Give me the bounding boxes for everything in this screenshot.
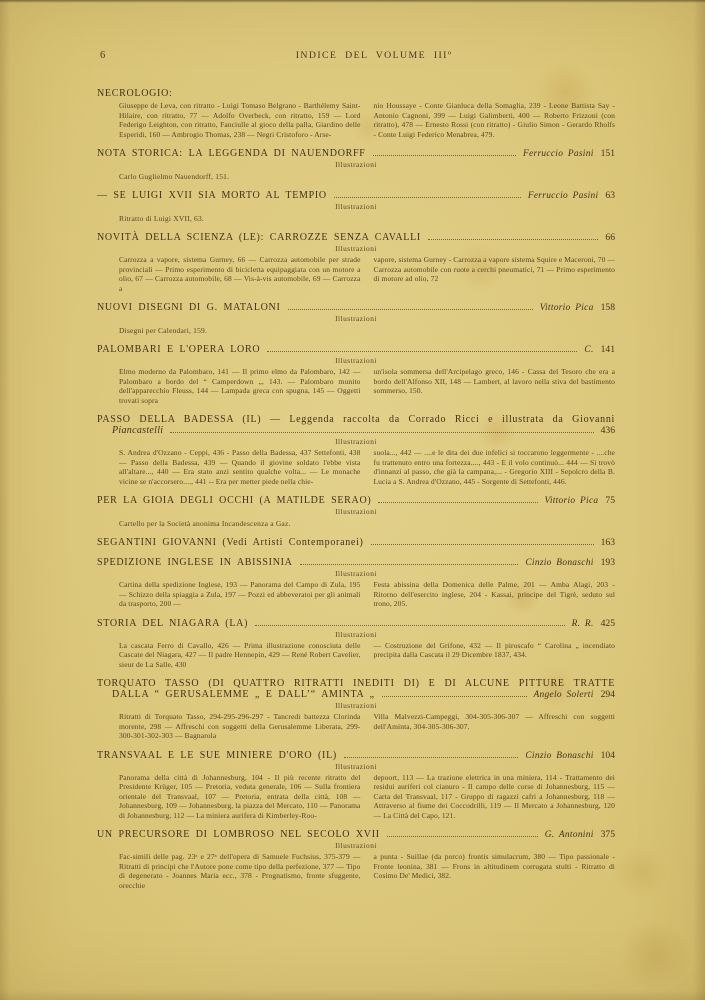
illustration-columns: La cascata Ferro di Cavallo, 426 — Prima… — [97, 641, 615, 670]
index-entry: PASSO DELLA BADESSA (IL) — Leggenda racc… — [97, 414, 615, 486]
dotted-leader — [344, 757, 518, 758]
illustrations-label: Illustrazioni — [97, 630, 615, 639]
index-entry: SPEDIZIONE INGLESE IN ABISSINIACinzio Bo… — [97, 557, 615, 609]
illustration-column-left: Ritratti di Torquato Tasso, 294-295-296-… — [119, 712, 361, 741]
illustrations-label: Illustrazioni — [97, 160, 615, 169]
entry-author: Cinzio Bonaschi — [525, 751, 593, 761]
illustration-caption: Ritratto di Luigi XVII, 63. — [97, 214, 615, 223]
dotted-leader — [382, 696, 527, 697]
dotted-leader — [267, 351, 577, 352]
index-entry: TRANSVAAL E LE SUE MINIERE D'ORO (IL)Cin… — [97, 750, 615, 821]
illustration-columns: Elmo moderno da Palombaro, 141 — Il prim… — [97, 367, 615, 405]
page-content: 6 INDICE DEL VOLUME IIIº NECROLOGIO:Gius… — [97, 50, 615, 890]
entry-author: Vittorio Pica — [545, 496, 599, 506]
scanned-index-page: { "colors": { "paper": "#dcc87c", "ink":… — [0, 0, 705, 1000]
entry-title-row: — SE LUIGI XVII SIA MORTO AL TEMPIOFerru… — [97, 190, 615, 201]
illustrations-label: Illustrazioni — [97, 356, 615, 365]
entry-page-number: 104 — [601, 750, 615, 761]
illustrations-label: Illustrazioni — [97, 507, 615, 516]
entry-page-number: 158 — [601, 302, 615, 313]
illustration-columns: Fac-simili delle pag. 23ᵃ e 27ᵃ dell'ope… — [97, 852, 615, 890]
index-entry: PALOMBARI E L'OPERA LOROC.141Illustrazio… — [97, 344, 615, 405]
entry-page-number: 151 — [601, 148, 615, 159]
entry-page-number: 63 — [605, 190, 615, 201]
entry-title: TRANSVAAL E LE SUE MINIERE D'ORO (IL) — [97, 750, 337, 761]
entry-title-row: UN PRECURSORE DI LOMBROSO NEL SECOLO XVI… — [97, 829, 615, 840]
illustration-column-right: nio Houssaye - Conte Gianluca della Soma… — [374, 101, 616, 139]
entry-page-number: 294 — [601, 689, 615, 700]
illustration-column-right: Villa Malvezzi-Campeggi, 304-305-306-307… — [374, 712, 616, 741]
entry-title-row: PALOMBARI E L'OPERA LOROC.141 — [97, 344, 615, 355]
entry-title: NUOVI DISEGNI DI G. MATALONI — [97, 302, 281, 313]
illustration-column-left: Giuseppe de Leva, con ritratto - Luigi T… — [119, 101, 361, 139]
dotted-leader — [428, 239, 598, 240]
page-header: 6 INDICE DEL VOLUME IIIº — [97, 50, 615, 64]
entry-author: C. — [584, 345, 593, 355]
entry-page-number: 193 — [601, 557, 615, 568]
entry-title: PER LA GIOIA DEGLI OCCHI (A MATILDE SERA… — [97, 495, 371, 506]
entry-title-line2: Piancastelli — [112, 425, 163, 436]
entry-title-line1: TORQUATO TASSO (DI QUATTRO RITRATTI INED… — [97, 678, 615, 689]
entry-title: UN PRECURSORE DI LOMBROSO NEL SECOLO XVI… — [97, 829, 380, 840]
folio-number: 6 — [100, 50, 106, 61]
illustration-columns: Cartina della spedizione Inglese, 193 — … — [97, 580, 615, 609]
entry-title-row: STORIA DEL NIAGARA (LA)R. R.425 — [97, 618, 615, 629]
illustration-column-left: Carrozza a vapore, sistema Gurney, 66 — … — [119, 255, 361, 293]
entry-page-number: 141 — [601, 344, 615, 355]
entry-title-row: PER LA GIOIA DEGLI OCCHI (A MATILDE SERA… — [97, 495, 615, 506]
index-entry: NECROLOGIO:Giuseppe de Leva, con ritratt… — [97, 88, 615, 139]
dotted-leader — [373, 155, 516, 156]
entry-title-row: NOVITÀ DELLA SCIENZA (LE): CARROZZE SENZ… — [97, 232, 615, 243]
index-entry: TORQUATO TASSO (DI QUATTRO RITRATTI INED… — [97, 678, 615, 741]
illustration-column-left: Cartina della spedizione Inglese, 193 — … — [119, 580, 361, 609]
illustration-columns: Giuseppe de Leva, con ritratto - Luigi T… — [97, 101, 615, 139]
illustration-column-left: Panorama della città di Johannesburg, 10… — [119, 773, 361, 821]
dotted-leader — [334, 197, 521, 198]
running-header: INDICE DEL VOLUME IIIº — [115, 50, 633, 61]
illustration-column-right: a punta - Suillae (da porco) frontis sim… — [374, 852, 616, 890]
entry-title-line2: DALLA “ GERUSALEMME „ E DALL’“ AMINTA „ — [112, 689, 375, 700]
entry-author: Ferruccio Pasini — [528, 191, 599, 201]
index-entry: SEGANTINI GIOVANNI (Vedi Artisti Contemp… — [97, 537, 615, 548]
entry-title: PALOMBARI E L'OPERA LORO — [97, 344, 260, 355]
illustration-caption: Disegni per Calendari, 159. — [97, 326, 615, 335]
dotted-leader — [378, 502, 537, 503]
index-entry: — SE LUIGI XVII SIA MORTO AL TEMPIOFerru… — [97, 190, 615, 223]
illustration-column-left: La cascata Ferro di Cavallo, 426 — Prima… — [119, 641, 361, 670]
entry-author: Angelo Solerti — [534, 690, 594, 700]
entry-page-number: 425 — [601, 618, 615, 629]
entry-author: R. R. — [572, 619, 594, 629]
illustration-columns: Ritratti di Torquato Tasso, 294-295-296-… — [97, 712, 615, 741]
entry-title-row: NUOVI DISEGNI DI G. MATALONIVittorio Pic… — [97, 302, 615, 313]
entry-title: NECROLOGIO: — [97, 88, 172, 99]
entry-author: Vittorio Pica — [540, 303, 594, 313]
entry-title-row: SPEDIZIONE INGLESE IN ABISSINIACinzio Bo… — [97, 557, 615, 568]
illustrations-label: Illustrazioni — [97, 701, 615, 710]
index-entries: NECROLOGIO:Giuseppe de Leva, con ritratt… — [97, 88, 615, 890]
index-entry: NUOVI DISEGNI DI G. MATALONIVittorio Pic… — [97, 302, 615, 335]
paper-background: 6 INDICE DEL VOLUME IIIº NECROLOGIO:Gius… — [0, 0, 705, 1000]
illustration-columns: Carrozza a vapore, sistema Gurney, 66 — … — [97, 255, 615, 293]
dotted-leader — [255, 625, 565, 626]
illustrations-label: Illustrazioni — [97, 437, 615, 446]
entry-title: NOTA STORICA: LA LEGGENDA DI NAUENDORFF — [97, 148, 366, 159]
illustrations-label: Illustrazioni — [97, 314, 615, 323]
entry-title: NOVITÀ DELLA SCIENZA (LE): CARROZZE SENZ… — [97, 232, 421, 243]
dotted-leader — [288, 309, 533, 310]
illustration-caption: Cartello per la Società anonima Incandes… — [97, 519, 615, 528]
entry-author: G. Antonini — [545, 830, 594, 840]
entry-title-row: NOTA STORICA: LA LEGGENDA DI NAUENDORFFF… — [97, 148, 615, 159]
illustration-column-left: S. Andrea d'Ozzano - Ceppi, 436 - Passo … — [119, 448, 361, 486]
entry-title-row: Piancastelli436 — [97, 425, 615, 436]
illustration-columns: S. Andrea d'Ozzano - Ceppi, 436 - Passo … — [97, 448, 615, 486]
entry-title: SPEDIZIONE INGLESE IN ABISSINIA — [97, 557, 293, 568]
illustrations-label: Illustrazioni — [97, 244, 615, 253]
illustration-column-right: Festa abissina della Domenica delle Palm… — [374, 580, 616, 609]
entry-page-number: 436 — [601, 425, 615, 436]
illustrations-label: Illustrazioni — [97, 762, 615, 771]
entry-page-number: 375 — [601, 829, 615, 840]
dotted-leader — [170, 432, 593, 433]
dotted-leader — [371, 544, 594, 545]
illustration-column-right: vapore, sistema Gurney - Carrozza a vapo… — [374, 255, 616, 293]
index-entry: NOTA STORICA: LA LEGGENDA DI NAUENDORFFF… — [97, 148, 615, 181]
illustrations-label: Illustrazioni — [97, 841, 615, 850]
entry-page-number: 66 — [605, 232, 615, 243]
illustrations-label: Illustrazioni — [97, 569, 615, 578]
entry-title-row: SEGANTINI GIOVANNI (Vedi Artisti Contemp… — [97, 537, 615, 548]
entry-title: STORIA DEL NIAGARA (LA) — [97, 618, 248, 629]
dotted-leader — [387, 836, 538, 837]
entry-title-line1: PASSO DELLA BADESSA (IL) — Leggenda racc… — [97, 414, 615, 425]
dotted-leader — [300, 564, 519, 565]
index-entry: NOVITÀ DELLA SCIENZA (LE): CARROZZE SENZ… — [97, 232, 615, 293]
entry-title-row: TRANSVAAL E LE SUE MINIERE D'ORO (IL)Cin… — [97, 750, 615, 761]
illustration-columns: Panorama della città di Johannesburg, 10… — [97, 773, 615, 821]
index-entry: UN PRECURSORE DI LOMBROSO NEL SECOLO XVI… — [97, 829, 615, 890]
index-entry: STORIA DEL NIAGARA (LA)R. R.425Illustraz… — [97, 618, 615, 670]
illustrations-label: Illustrazioni — [97, 202, 615, 211]
illustration-caption: Carlo Guglielmo Nauendorff, 151. — [97, 172, 615, 181]
entry-title-row: NECROLOGIO: — [97, 88, 615, 99]
illustration-column-left: Elmo moderno da Palombaro, 141 — Il prim… — [119, 367, 361, 405]
entry-title: — SE LUIGI XVII SIA MORTO AL TEMPIO — [97, 190, 327, 201]
entry-page-number: 163 — [601, 537, 615, 548]
entry-title: SEGANTINI GIOVANNI (Vedi Artisti Contemp… — [97, 537, 364, 548]
illustration-column-right: un'isola sommersa dell'Arcipelago greco,… — [374, 367, 616, 405]
illustration-column-left: Fac-simili delle pag. 23ᵃ e 27ᵃ dell'ope… — [119, 852, 361, 890]
index-entry: PER LA GIOIA DEGLI OCCHI (A MATILDE SERA… — [97, 495, 615, 528]
entry-author: Cinzio Bonaschi — [525, 558, 593, 568]
illustration-column-right: suola..., 442 — ....e le dita dei due in… — [374, 448, 616, 486]
illustration-column-right: depoort, 113 — La trazione elettrica in … — [374, 773, 616, 821]
entry-title-row: DALLA “ GERUSALEMME „ E DALL’“ AMINTA „A… — [97, 689, 615, 700]
illustration-column-right: — Costruzione del Grifone, 432 — Il piro… — [374, 641, 616, 670]
entry-author: Ferruccio Pasini — [523, 149, 594, 159]
entry-page-number: 75 — [605, 495, 615, 506]
